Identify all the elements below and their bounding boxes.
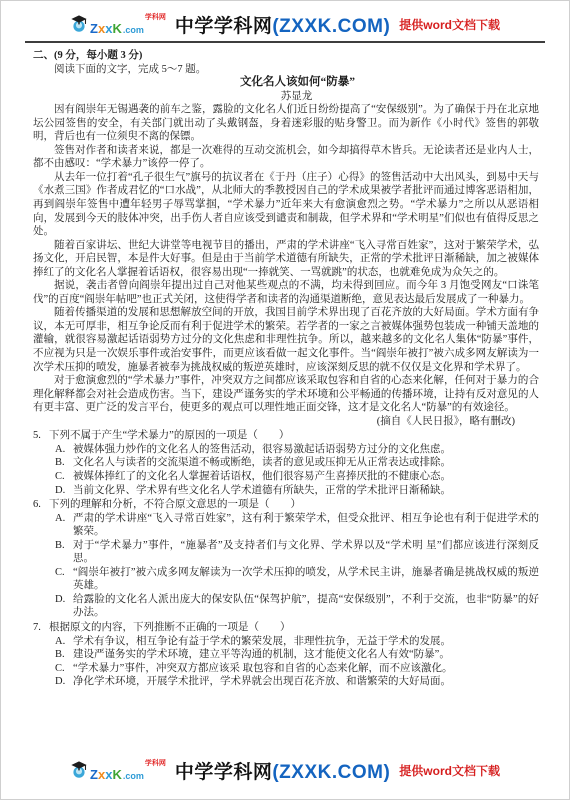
option-row: B.对于“学术暴力”事件，“施暴者”及支持者们与文化界、学术界以及“学术明 星”… <box>33 539 539 566</box>
option-text: 文化名人与读者的交流渠道不畅或断绝，读者的意见或压抑无从正常表达或排除。 <box>73 456 539 470</box>
option-row: C.“学术暴力”事件，冲突双方都应该采 取包容和自省的心态来化解，而不应该激化。 <box>33 662 539 676</box>
question-number: 5. <box>33 429 49 443</box>
article-paragraph: 据说，袭击者曾向阎崇年提出过自己对他某些观点的不满，均未得到回应。而今年 3 月… <box>33 279 539 306</box>
option-text: 严肃的学术讲座“飞入寻常百姓家”，这有利于繁荣学术，但受众批评、相互争论也有利于… <box>73 512 539 539</box>
option-label: C. <box>55 566 73 593</box>
question-number: 6. <box>33 498 49 512</box>
document-content: 二、(9 分，每小题 3 分) 阅读下面的文字，完成 5～7 题。 文化名人该如… <box>1 43 569 689</box>
brand-letter: x <box>98 22 105 35</box>
option-text: “阎崇年被打”被六成多网友解读为一次学术压抑的喷发，从学术民主讲，施暴者确是挑战… <box>73 566 539 593</box>
question-stem-text: 下列不属于产生“学术暴力”的原因的一项是（ ） <box>49 429 539 443</box>
site-domain: (ZXXK.COM) <box>272 762 390 783</box>
question-stem: 7. 根据原文的内容，下列推断不正确的一项是（ ） <box>33 621 539 635</box>
question-5: 5. 下列不属于产生“学术暴力”的原因的一项是（ ） A.被媒体强力炒作的文化名… <box>33 429 539 497</box>
download-note: 提供word文档下载 <box>399 762 500 779</box>
brand-letter: x <box>105 768 112 781</box>
zxxk-logo: ZxxK.com学科网 <box>70 14 166 35</box>
option-row: A.严肃的学术讲座“飞入寻常百姓家”，这有利于繁荣学术，但受众批评、相互争论也有… <box>33 512 539 539</box>
option-text: 被媒体捧红了的文化名人掌握着话语权，他们很容易产生喜捧厌批的不健康心态。 <box>73 470 539 484</box>
option-text: 当前文化界、学术界有些文化名人学术道德有所缺失，正常的学术批评日渐稀缺。 <box>73 484 539 498</box>
article-attribution: (摘自《人民日报》，略有删改) <box>33 415 539 429</box>
question-stem-text: 根据原文的内容，下列推断不正确的一项是（ ） <box>49 621 539 635</box>
zxxk-logo: ZxxK.com学科网 <box>70 760 166 781</box>
brand-suffix: .com <box>123 26 144 35</box>
option-label: C. <box>55 470 73 484</box>
header-banner: ZxxK.com学科网 中学学科网(ZXXK.COM) 提供word文档下载 <box>1 1 569 39</box>
option-row: B.建设严谨务实的学术环境，建立平等沟通的机制，这才能使文化名人有效“防暴”。 <box>33 648 539 662</box>
option-row: A.被媒体强力炒作的文化名人的签售活动，很容易激起话语弱势方过分的文化焦虑。 <box>33 443 539 457</box>
brand-suffix: .com <box>123 772 144 781</box>
question-stem: 5. 下列不属于产生“学术暴力”的原因的一项是（ ） <box>33 429 539 443</box>
site-title-text: 中学学科网 <box>175 16 273 37</box>
option-label: A. <box>55 443 73 457</box>
option-text: 对于“学术暴力”事件，“施暴者”及支持者们与文化界、学术界以及“学术明 星”们都… <box>73 539 539 566</box>
question-stem: 6. 下列的理解和分析，不符合原文意思的一项是（ ） <box>33 498 539 512</box>
option-label: D. <box>55 484 73 498</box>
option-label: D. <box>55 593 73 620</box>
option-row: D.净化学术环境，开展学术批评，学术界就会出现百花齐放、和谐繁荣的大好局面。 <box>33 675 539 689</box>
option-label: B. <box>55 539 73 566</box>
option-text: 给露脸的文化名人派出庞大的保安队伍“保驾护航”，提高“安保级别”，不利于交流，也… <box>73 593 539 620</box>
option-label: A. <box>55 512 73 539</box>
article-author: 苏显龙 <box>33 90 539 104</box>
question-7: 7. 根据原文的内容，下列推断不正确的一项是（ ） A.学术有争议，相互争论有益… <box>33 621 539 689</box>
brand-letter: x <box>105 22 112 35</box>
question-stem-text: 下列的理解和分析，不符合原文意思的一项是（ ） <box>49 498 539 512</box>
download-note: 提供word文档下载 <box>399 16 500 33</box>
option-row: A.学术有争议，相互争论有益于学术的繁荣发展，非理性抗争，无益于学术的发展。 <box>33 635 539 649</box>
option-row: D.给露脸的文化名人派出庞大的保安队伍“保驾护航”，提高“安保级别”，不利于交流… <box>33 593 539 620</box>
graduate-mascot-icon <box>70 760 88 781</box>
reading-instruction: 阅读下面的文字，完成 5～7 题。 <box>33 63 539 77</box>
brand-tagline: 学科网 <box>145 760 166 767</box>
option-text: 被媒体强力炒作的文化名人的签售活动，很容易激起话语弱势方过分的文化焦虑。 <box>73 443 539 457</box>
site-domain: (ZXXK.COM) <box>272 16 390 37</box>
graduate-mascot-icon <box>70 14 88 35</box>
question-number: 7. <box>33 621 49 635</box>
article-paragraph: 从去年一位打着“孔子很生气”旗号的抗议者在《于丹（庄子）心得》的签售活动中大出风… <box>33 171 539 239</box>
site-title: 中学学科网(ZXXK.COM) <box>175 11 390 38</box>
brand-tagline: 学科网 <box>145 14 166 21</box>
option-text: 净化学术环境，开展学术批评，学术界就会出现百花齐放、和谐繁荣的大好局面。 <box>73 675 539 689</box>
article-paragraph: 因有阎崇年无锡遇袭的前车之鉴，露脸的文化名人们近日纷纷提高了“安保级别”。为了确… <box>33 103 539 144</box>
question-6: 6. 下列的理解和分析，不符合原文意思的一项是（ ） A.严肃的学术讲座“飞入寻… <box>33 498 539 620</box>
brand-letter: K <box>112 768 121 781</box>
option-label: B. <box>55 456 73 470</box>
option-label: D. <box>55 675 73 689</box>
article-paragraph: 签售对作者和读者来说，都是一次难得的互动交流机会，如今却搞得草木皆兵。无论读者还… <box>33 144 539 171</box>
article-paragraph: 随着百家讲坛、世纪大讲堂等电视节目的播出，严肃的学术讲座“飞入寻常百姓家”，这对… <box>33 239 539 280</box>
footer-banner: ZxxK.com学科网 中学学科网(ZXXK.COM) 提供word文档下载 <box>1 755 569 785</box>
option-label: A. <box>55 635 73 649</box>
section-heading: 二、(9 分，每小题 3 分) <box>33 49 539 63</box>
article-paragraph: 随着传播渠道的发展和思想解放空间的开放，我国目前学术界出现了百花齐放的大好局面。… <box>33 306 539 374</box>
brand-letter: x <box>98 768 105 781</box>
option-row: C.“阎崇年被打”被六成多网友解读为一次学术压抑的喷发，从学术民主讲，施暴者确是… <box>33 566 539 593</box>
brand-letter: K <box>112 22 121 35</box>
option-label: C. <box>55 662 73 676</box>
brand-letter: Z <box>90 768 98 781</box>
site-title: 中学学科网(ZXXK.COM) <box>175 757 390 784</box>
option-row: D.当前文化界、学术界有些文化名人学术道德有所缺失，正常的学术批评日渐稀缺。 <box>33 484 539 498</box>
option-label: B. <box>55 648 73 662</box>
document-page: ZxxK.com学科网 中学学科网(ZXXK.COM) 提供word文档下载 二… <box>0 0 570 800</box>
option-text: 学术有争议，相互争论有益于学术的繁荣发展，非理性抗争，无益于学术的发展。 <box>73 635 539 649</box>
site-title-text: 中学学科网 <box>175 762 273 783</box>
option-text: “学术暴力”事件，冲突双方都应该采 取包容和自省的心态来化解，而不应该激化。 <box>73 662 539 676</box>
article-title: 文化名人该如何“防暴” <box>33 76 539 90</box>
option-row: C.被媒体捧红了的文化名人掌握着话语权，他们很容易产生喜捧厌批的不健康心态。 <box>33 470 539 484</box>
option-row: B.文化名人与读者的交流渠道不畅或断绝，读者的意见或压抑无从正常表达或排除。 <box>33 456 539 470</box>
option-text: 建设严谨务实的学术环境，建立平等沟通的机制，这才能使文化名人有效“防暴”。 <box>73 648 539 662</box>
article-paragraph: 对于愈演愈烈的“学术暴力”事件，冲突双方之间都应该采取包容和自省的心态来化解，任… <box>33 374 539 415</box>
brand-letter: Z <box>90 22 98 35</box>
